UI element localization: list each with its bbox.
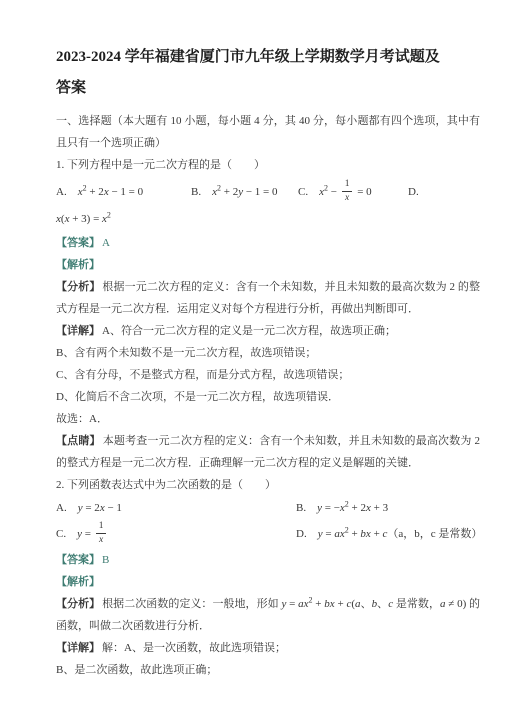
q1-dianjing-text: 本题考查一元二次方程的定义：含有一个未知数，并且未知数的最高次数为 2 的整式方… [56, 435, 480, 469]
q1-answer-label: 【答案】 [56, 237, 100, 249]
q1-option-a: A.x2 + 2x − 1 = 0 [56, 181, 191, 203]
q2-option-b-label: B. [296, 502, 306, 514]
q1-dianjing: 【点睛】本题考查一元二次方程的定义：含有一个未知数，并且未知数的最高次数为 2 … [56, 430, 480, 474]
q1-answer: 【答案】A [56, 232, 480, 254]
page-title: 2023-2024 学年福建省厦门市九年级上学期数学月考试题及 答案 [56, 42, 480, 104]
q2-answer-value: B [102, 554, 109, 566]
q1-fenxi-label: 【分析】 [56, 281, 100, 293]
q2-option-d-formula: y = ax2 + bx + c（a，b，c 是常数） [318, 528, 483, 540]
q2-fenxi-label: 【分析】 [56, 598, 100, 610]
q1-conclusion: 故选：A． [56, 408, 480, 430]
q1-xiangjie-line3: C、含有分母，不是整式方程，而是分式方程，故选项错误； [56, 364, 480, 386]
q2-xiangjie-label: 【详解】 [56, 642, 100, 654]
q1-option-c: C.x2 − 1x = 0 [298, 180, 408, 205]
q2-option-d: D.y = ax2 + bx + c（a，b，c 是常数） [296, 523, 482, 545]
q1-option-a-formula: x2 + 2x − 1 = 0 [78, 186, 143, 198]
q1-option-c-formula: x2 − 1x = 0 [319, 186, 372, 198]
q2-option-b: B.y = −x2 + 2x + 3 [296, 497, 482, 519]
q1-stem: 1. 下列方程中是一元二次方程的是（ ） [56, 154, 480, 176]
q1-option-d-label: D. [408, 186, 419, 198]
q1-option-a-label: A. [56, 186, 67, 198]
q2-option-c: C.y = 1x [56, 522, 296, 547]
q1-xiangjie-line1: 【详解】A、符合一元二次方程的定义是一元二次方程，故选项正确； [56, 320, 480, 342]
q1-option-b: B.x2 + 2y − 1 = 0 [191, 181, 298, 203]
q1-option-d: D. [408, 181, 480, 203]
q1-option-d-formula-line: x(x + 3) = x2 [56, 208, 480, 230]
q1-dianjing-label: 【点睛】 [56, 435, 101, 447]
q2-answer-label: 【答案】 [56, 554, 100, 566]
q2-option-a-formula: y = 2x − 1 [78, 502, 122, 514]
q2-option-c-formula: y = 1x [77, 528, 108, 540]
q1-xiangjie-label: 【详解】 [56, 325, 100, 337]
q2-option-d-label: D. [296, 528, 307, 540]
page-title-line1: 2023-2024 学年福建省厦门市九年级上学期数学月考试题及 [56, 42, 480, 73]
q2-option-c-label: C. [56, 528, 66, 540]
q1-options-row: A.x2 + 2x − 1 = 0 B.x2 + 2y − 1 = 0 C.x2… [56, 177, 480, 207]
q2-answer: 【答案】B [56, 549, 480, 571]
q1-xiangjie-line2: B、含有两个未知数不是一元二次方程，故选项错误； [56, 342, 480, 364]
q1-option-b-formula: x2 + 2y − 1 = 0 [212, 186, 277, 198]
q1-fenxi: 【分析】根据一元二次方程的定义：含有一个未知数，并且未知数的最高次数为 2 的整… [56, 276, 480, 320]
section-header: 一、选择题（本大题有 10 小题，每小题 4 分，其 40 分，每小题都有四个选… [56, 110, 480, 154]
q1-fenxi-text: 根据一元二次方程的定义：含有一个未知数，并且未知数的最高次数为 2 的整式方程是… [56, 281, 480, 315]
q2-option-b-formula: y = −x2 + 2x + 3 [317, 502, 388, 514]
q1-option-c-label: C. [298, 186, 308, 198]
q2-xiangjie-line1: 【详解】解：A、是一次函数，故此选项错误； [56, 637, 480, 659]
q2-fenxi-formula: y = ax2 + bx + c(a、b、c 是常数，a ≠ 0) [281, 598, 466, 610]
q1-answer-value: A [102, 237, 110, 249]
document-page: 2023-2024 学年福建省厦门市九年级上学期数学月考试题及 答案 一、选择题… [0, 0, 526, 702]
q2-stem: 2. 下列函数表达式中为二次函数的是（ ） [56, 474, 480, 496]
q1-xiangjie-line4: D、化简后不含二次项，不是一元二次方程，故选项错误． [56, 386, 480, 408]
q1-jiexi-marker: 【解析】 [56, 254, 480, 276]
q2-xiangjie-line2: B、是二次函数，故此选项正确； [56, 659, 480, 681]
page-title-line2: 答案 [56, 73, 480, 104]
q1-xiangjie-first: A、符合一元二次方程的定义是一元二次方程，故选项正确； [102, 325, 396, 337]
q2-option-a-label: A. [56, 502, 67, 514]
q1-option-b-label: B. [191, 186, 201, 198]
q2-jiexi-marker: 【解析】 [56, 571, 480, 593]
q2-fenxi: 【分析】根据二次函数的定义：一般地，形如 y = ax2 + bx + c(a、… [56, 593, 480, 637]
q2-options-grid: A.y = 2x − 1 B.y = −x2 + 2x + 3 C.y = 1x… [56, 497, 480, 547]
q2-option-a: A.y = 2x − 1 [56, 497, 296, 519]
q1-option-d-formula: x(x + 3) = x2 [56, 213, 111, 225]
q2-xiangjie-first: 解：A、是一次函数，故此选项错误； [102, 642, 286, 654]
q2-fenxi-pre: 根据二次函数的定义：一般地，形如 [102, 598, 281, 610]
